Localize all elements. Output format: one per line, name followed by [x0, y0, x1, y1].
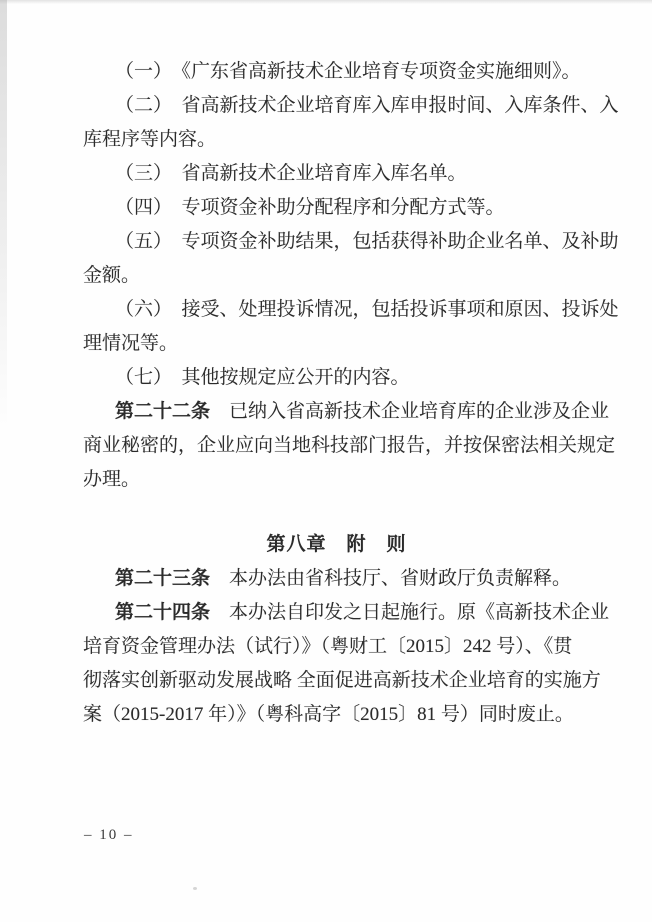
body-text: （二） 省高新技术企业培育库入库申报时间、入库条件、入 [115, 95, 619, 116]
body-text: 已纳入省高新技术企业培育库的企业涉及企业 [210, 401, 609, 422]
text-line: 商业秘密的，企业应向当地科技部门报告，并按保密法相关规定 [83, 429, 590, 463]
article-number-text: 第八章 附 则 [266, 534, 406, 555]
text-line: 金额。 [83, 259, 590, 293]
document-page: （一） 《广东省高新技术企业培育专项资金实施细则》。（二） 省高新技术企业培育库… [0, 0, 652, 922]
body-text: 案（2015-2017 年）》（粤科高字〔2015〕81 号）同时废止。 [83, 704, 574, 725]
text-line: 培育资金管理办法（试行）》（粤财工〔2015〕242 号）、《贯 [83, 630, 590, 664]
text-line: （三） 省高新技术企业培育库入库名单。 [83, 157, 590, 191]
body-text: 本办法自印发之日起施行。原《高新技术企业 [210, 602, 609, 623]
body-text: （六） 接受、处理投诉情况，包括投诉事项和原因、投诉处 [115, 299, 619, 320]
chapter-heading: 第八章 附 则 [83, 528, 590, 562]
scan-speck [193, 887, 197, 890]
text-line: 案（2015-2017 年）》（粤科高字〔2015〕81 号）同时废止。 [83, 698, 590, 732]
text-line: （五） 专项资金补助结果，包括获得补助企业名单、及补助 [83, 225, 590, 259]
text-line: （一） 《广东省高新技术企业培育专项资金实施细则》。 [83, 55, 590, 89]
body-text: 彻落实创新驱动发展战略 全面促进高新技术企业培育的实施方 [83, 670, 601, 691]
body-text: 金额。 [83, 265, 140, 286]
body-text: （一） 《广东省高新技术企业培育专项资金实施细则》。 [115, 61, 581, 82]
body-text: 库程序等内容。 [83, 129, 216, 150]
text-line: （六） 接受、处理投诉情况，包括投诉事项和原因、投诉处 [83, 293, 590, 327]
text-line: （二） 省高新技术企业培育库入库申报时间、入库条件、入 [83, 89, 590, 123]
body-text: 理情况等。 [83, 333, 178, 354]
body-text: （五） 专项资金补助结果，包括获得补助企业名单、及补助 [115, 231, 619, 252]
text-line: 第二十二条 已纳入省高新技术企业培育库的企业涉及企业 [83, 395, 590, 429]
article-number-text: 第二十二条 [115, 401, 210, 422]
text-line: 第二十三条 本办法由省科技厅、省财政厅负责解释。 [83, 562, 590, 596]
body-text: 商业秘密的，企业应向当地科技部门报告，并按保密法相关规定 [83, 435, 615, 456]
text-line: 彻落实创新驱动发展战略 全面促进高新技术企业培育的实施方 [83, 664, 590, 698]
body-text: 本办法由省科技厅、省财政厅负责解释。 [210, 568, 571, 589]
body-text: 培育资金管理办法（试行）》（粤财工〔2015〕242 号）、《贯 [83, 636, 572, 657]
text-line: 库程序等内容。 [83, 123, 590, 157]
text-line: 办理。 [83, 463, 590, 497]
body-text: （四） 专项资金补助分配程序和分配方式等。 [115, 197, 505, 218]
text-line: 第二十四条 本办法自印发之日起施行。原《高新技术企业 [83, 596, 590, 630]
body-text: （七） 其他按规定应公开的内容。 [115, 367, 410, 388]
body-text: 办理。 [83, 469, 140, 490]
text-line: 理情况等。 [83, 327, 590, 361]
text-line: （七） 其他按规定应公开的内容。 [83, 361, 590, 395]
page-number: – 10 – [84, 827, 134, 844]
article-number-text: 第二十四条 [115, 602, 210, 623]
text-line: （四） 专项资金补助分配程序和分配方式等。 [83, 191, 590, 225]
scan-edge-left [0, 0, 7, 430]
article-number-text: 第二十三条 [115, 568, 210, 589]
document-body: （一） 《广东省高新技术企业培育专项资金实施细则》。（二） 省高新技术企业培育库… [83, 55, 590, 732]
scan-edge-top [0, 0, 652, 4]
body-text: （三） 省高新技术企业培育库入库名单。 [115, 163, 467, 184]
